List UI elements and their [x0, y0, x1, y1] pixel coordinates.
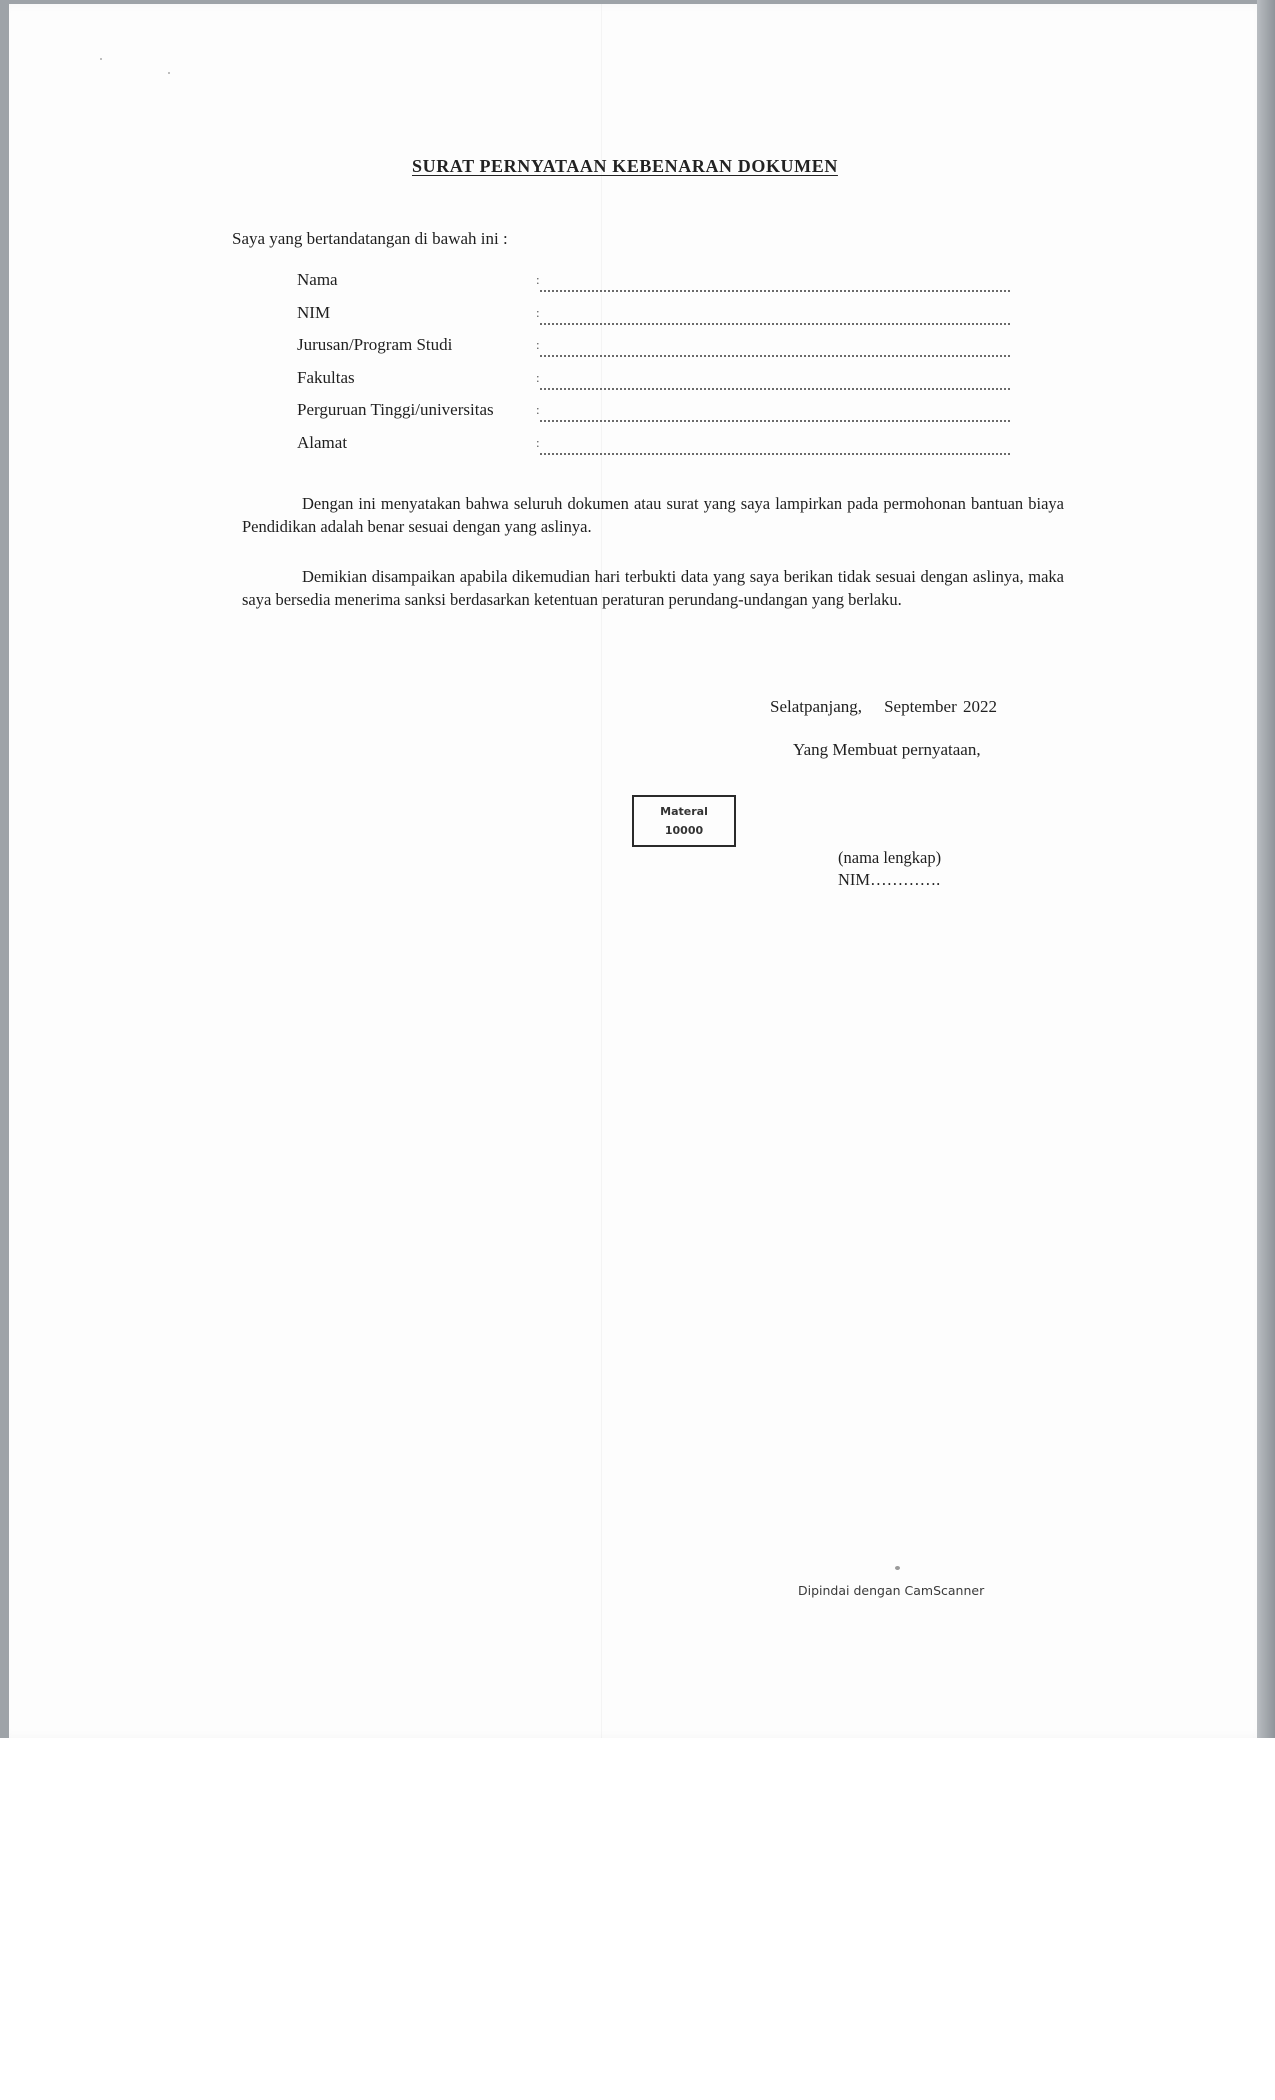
- scan-speck: [168, 72, 170, 74]
- field-label: Jurusan/Program Studi: [297, 335, 452, 355]
- field-row-nama: Nama: [297, 270, 1017, 303]
- date: September 2022: [884, 697, 997, 716]
- signature-nim: NIM………….: [838, 870, 940, 890]
- alamat-field: [540, 437, 1010, 455]
- page-edge-shadow: [1257, 0, 1275, 1738]
- field-row-universitas: Perguruan Tinggi/universitas: [297, 400, 1017, 433]
- jurusan-field: [540, 339, 1010, 357]
- field-label: Nama: [297, 270, 338, 290]
- stamp-label: Materal: [634, 802, 734, 821]
- universitas-field: [540, 404, 1010, 422]
- identity-fields: Nama NIM Jurusan/Program Studi Fakultas …: [297, 270, 1017, 465]
- signatory-caption: Yang Membuat pernyataan,: [793, 740, 981, 760]
- field-row-fakultas: Fakultas: [297, 368, 1017, 401]
- field-row-alamat: Alamat: [297, 433, 1017, 466]
- field-label: Fakultas: [297, 368, 355, 388]
- camscanner-logo-icon: [895, 1566, 900, 1570]
- place-date: Selatpanjang,September 2022: [770, 697, 997, 717]
- fakultas-field: [540, 372, 1010, 390]
- nama-field: [540, 274, 1010, 292]
- field-row-nim: NIM: [297, 303, 1017, 336]
- intro-text: Saya yang bertandatangan di bawah ini :: [232, 229, 508, 249]
- document-title: SURAT PERNYATAAN KEBENARAN DOKUMEN: [412, 156, 838, 177]
- camscanner-watermark: Dipindai dengan CamScanner: [798, 1583, 984, 1598]
- closing-paragraph: Demikian disampaikan apabila dikemudian …: [242, 565, 1064, 611]
- field-label: Perguruan Tinggi/universitas: [297, 400, 494, 420]
- nim-field: [540, 307, 1010, 325]
- scanned-page: [9, 4, 1267, 1738]
- stamp-value: 10000: [634, 821, 734, 840]
- scan-speck: [100, 58, 102, 60]
- place: Selatpanjang,: [770, 697, 862, 716]
- page-fold-line: [601, 4, 602, 1738]
- statement-paragraph: Dengan ini menyatakan bahwa seluruh doku…: [242, 492, 1064, 538]
- field-label: Alamat: [297, 433, 347, 453]
- stamp-duty-box: Materal 10000: [632, 795, 736, 847]
- field-row-jurusan: Jurusan/Program Studi: [297, 335, 1017, 368]
- field-label: NIM: [297, 303, 330, 323]
- full-name-placeholder: (nama lengkap): [838, 848, 941, 868]
